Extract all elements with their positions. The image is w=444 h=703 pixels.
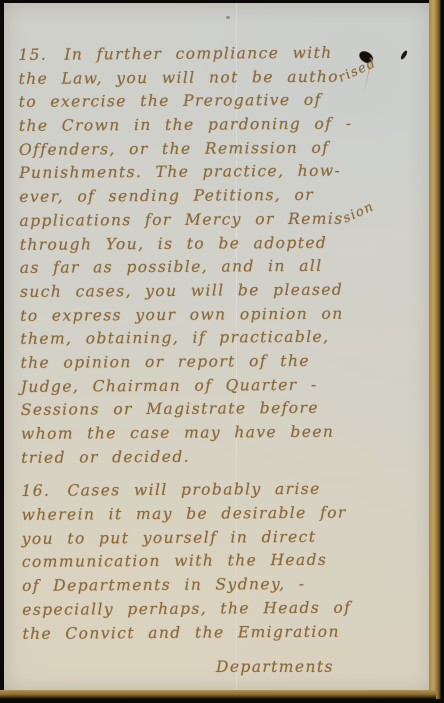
manuscript-page: 15.In further compliance withthe Law, yo… [4,3,431,692]
line-text: the Law, you will not be autho [18,67,339,87]
manuscript-line: you to put yourself in direct [22,527,435,554]
manuscript-line: wherein it may be desirable for [22,503,435,530]
paragraph-number: 16. [21,482,67,500]
manuscript-line: tried or decided. [21,446,434,473]
manuscript-line: of Departments in Sydney, - [22,574,435,601]
line-text: applications for Mercy or Remis [19,209,343,229]
manuscript-line: the Convict and the Emigration [22,622,435,649]
paragraph-number: 15. [18,46,64,64]
manuscript-line: whom the case may have been [21,422,434,449]
manuscript-line: Offenders, or the Remission of [19,138,432,165]
line-text: tried or decided. [21,447,190,466]
line-text: ever, of sending Petitions, or [19,186,314,206]
manuscript-line: Punishments. The practice, how- [19,161,432,188]
manuscript-line: to exercise the Prerogative of [19,90,432,117]
line-text: whom the case may have been [21,423,334,443]
line-text: especially perhaps, the Heads of [22,598,351,618]
line-text: you to put yourself in direct [22,528,317,548]
line-text: Punishments. The practice, how- [19,162,341,182]
manuscript-line: to express your own opinion on [20,304,433,331]
manuscript-line: Sessions or Magistrate before [21,398,434,425]
line-text: Offenders, or the Remission of [19,138,329,158]
manuscript-line: Judge, Chairman of Quarter - [21,375,434,402]
manuscript-line: especially perhaps, the Heads of [22,598,435,625]
page-edge-bottom [0,690,436,699]
manuscript-line: applications for Mercy or Remission [19,209,432,236]
line-text: Sessions or Magistrate before [21,399,319,419]
manuscript-line: 16.Cases will probably arise [21,479,434,506]
line-text: as far as possible, and in all [20,257,323,277]
manuscript-text: 15.In further compliance withthe Law, yo… [4,0,435,648]
catchword: Departments [216,658,334,676]
line-text: the Crown in the pardoning of - [19,115,353,135]
line-text: the opinion or report of the [20,352,309,372]
manuscript-line: the Crown in the pardoning of - [19,114,432,141]
line-text: communication with the Heads [22,551,327,571]
line-text: Cases will probably arise [67,480,320,500]
line-text: through You, is to be adopted [20,233,328,253]
manuscript-line: such cases, you will be pleased [20,280,433,307]
line-text: In further compliance with [64,44,332,64]
manuscript-line: as far as possible, and in all [20,256,433,283]
line-text: such cases, you will be pleased [20,281,343,301]
page-edge-right [429,0,441,699]
line-text: to exercise the Prerogative of [19,91,322,111]
line-text: wherein it may be desirable for [22,504,347,524]
line-text: of Departments in Sydney, - [22,575,305,595]
line-text: the Convict and the Emigration [22,622,340,642]
manuscript-line: communication with the Heads [22,550,435,577]
line-text: Judge, Chairman of Quarter - [21,375,318,395]
line-text: them, obtaining, if practicable, [20,328,329,348]
manuscript-line: the Law, you will not be authorised [18,67,431,94]
manuscript-line: through You, is to be adopted [20,233,433,260]
manuscript-line: them, obtaining, if practicable, [20,327,433,354]
line-text: to express your own opinion on [20,304,343,324]
manuscript-line: the opinion or report of the [20,351,433,378]
